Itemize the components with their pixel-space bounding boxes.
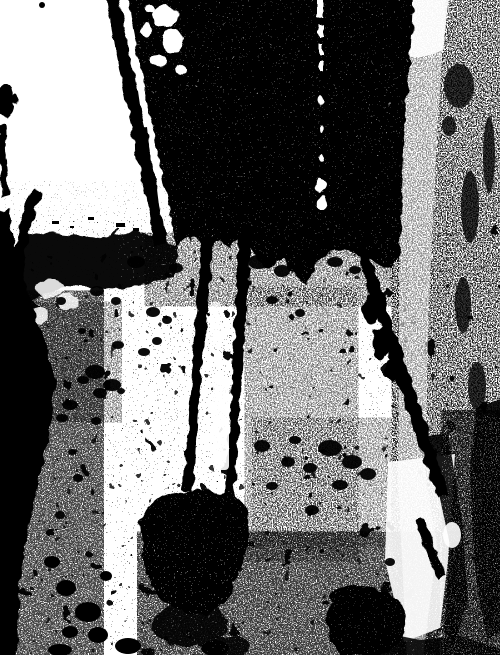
halftone-photo-figure: High-contrast 1-bit halftone black-and-w… xyxy=(0,0,500,655)
bottom-white-speckle xyxy=(150,545,435,655)
between-rods-highlight xyxy=(213,378,229,470)
halftone-photo xyxy=(0,0,500,655)
